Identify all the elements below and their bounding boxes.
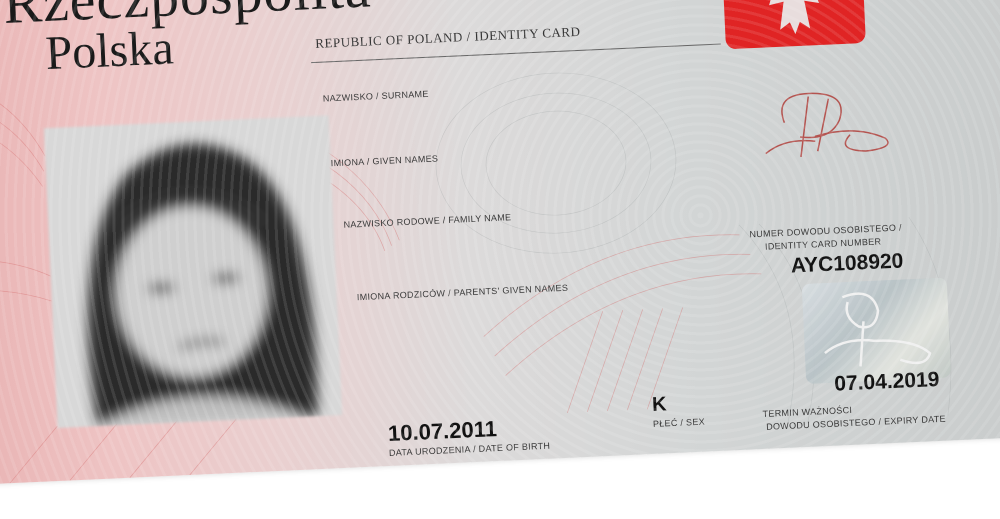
card-number: AYC108920: [790, 249, 903, 278]
white-eagle-emblem-icon: [721, 0, 866, 49]
holder-photo: [44, 115, 342, 428]
rp-monogram-icon: [753, 77, 906, 164]
sex-value: K: [652, 393, 667, 417]
date-of-birth: 10.07.2011: [388, 416, 498, 447]
id-card-photo: Rzeczpospolita Polska OSOBISTY REPUBLIC …: [0, 0, 1000, 519]
identity-card: Rzeczpospolita Polska OSOBISTY REPUBLIC …: [0, 0, 1000, 485]
country-name-line2: Polska: [44, 20, 174, 81]
expiry-date: 07.04.2019: [834, 368, 940, 397]
